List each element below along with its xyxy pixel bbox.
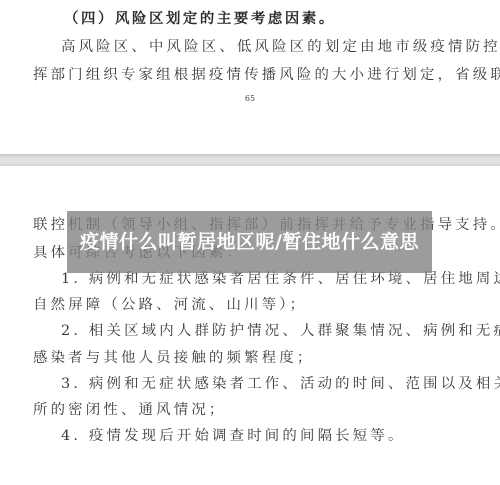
list-item-3-line: 所的密闭性、通风情况； (33, 401, 473, 419)
list-item-2-line: 2. 相关区域内人群防护情况、人群聚集情况、病例和无症状 (61, 322, 500, 340)
title-overlay-banner: 疫情什么叫暂居地区呢/暂住地什么意思 (67, 211, 432, 273)
overlay-title: 疫情什么叫暂居地区呢/暂住地什么意思 (80, 230, 420, 254)
paragraph-line: 高风险区、中风险区、低风险区的划定由地市级疫情防控指 (61, 38, 500, 56)
page-number: 65 (0, 94, 500, 103)
list-item-1-line: 自然屏障（公路、河流、山川等）； (33, 296, 473, 314)
list-item-3-line: 3. 病例和无症状感染者工作、活动的时间、范围以及相关场 (61, 375, 500, 393)
page-separator (0, 154, 500, 166)
list-item-4-line: 4. 疫情发现后开始调查时间的间隔长短等。 (61, 427, 500, 445)
document-page-top: （四）风险区划定的主要考虑因素。 高风险区、中风险区、低风险区的划定由地市级疫情… (0, 0, 500, 154)
paragraph-line: 挥部门组织专家组根据疫情传播风险的大小进行划定，省级联防 (33, 66, 473, 84)
list-item-2-line: 感染者与其他人员接触的频繁程度； (33, 349, 473, 367)
section-heading: （四）风险区划定的主要考虑因素。 (64, 10, 500, 28)
